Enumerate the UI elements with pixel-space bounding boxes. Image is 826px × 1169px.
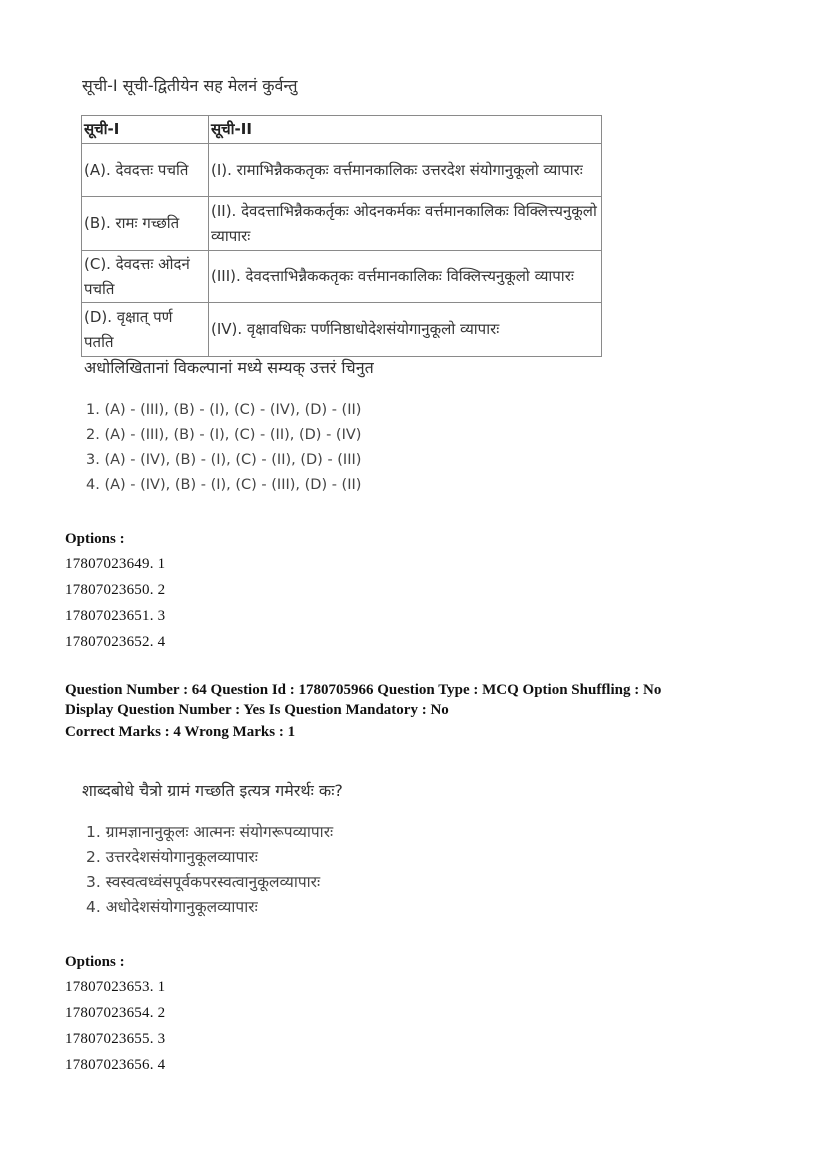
- answer-choice: 1. ग्रामज्ञानानुकूलः आत्मनः संयोगरूपव्या…: [86, 820, 333, 845]
- list-1-item: (D). वृक्षात् पर्ण पतति: [82, 303, 209, 357]
- list-2-item: (I). रामाभिन्नैककतृकः वर्त्तमानकालिकः उत…: [209, 144, 602, 197]
- table-header-row: सूची-I सूची-II: [82, 116, 602, 144]
- table-row: (B). रामः गच्छति (II). देवदत्ताभिन्नैककर…: [82, 197, 602, 251]
- answer-choice: 3. स्वस्वत्वध्वंसपूर्वकपरस्वत्वानुकूलव्य…: [86, 870, 333, 895]
- options-block: Options : 17807023653. 1 17807023654. 2 …: [65, 950, 165, 1078]
- list-2-item: (II). देवदत्ताभिन्नैककर्तृकः ओदनकर्मकः व…: [209, 197, 602, 251]
- question-meta-line: Display Question Number : Yes Is Questio…: [65, 700, 661, 720]
- option-id: 17807023655. 3: [65, 1026, 165, 1052]
- question-meta-line: Question Number : 64 Question Id : 17807…: [65, 680, 661, 700]
- marks-line: Correct Marks : 4 Wrong Marks : 1: [65, 722, 661, 742]
- choose-prompt: अधोलिखितानां विकल्पानां मध्ये सम्यक् उत्…: [84, 356, 374, 378]
- table-row: (C). देवदत्तः ओदनं पचति (III). देवदत्ताभ…: [82, 251, 602, 303]
- list-2-header: सूची-II: [209, 116, 602, 144]
- option-id: 17807023653. 1: [65, 974, 165, 1000]
- option-id: 17807023651. 3: [65, 603, 165, 629]
- match-table: सूची-I सूची-II (A). देवदत्तः पचति (I). र…: [81, 115, 602, 357]
- table-row: (A). देवदत्तः पचति (I). रामाभिन्नैककतृकः…: [82, 144, 602, 197]
- table-row: (D). वृक्षात् पर्ण पतति (IV). वृक्षावधिक…: [82, 303, 602, 357]
- option-id: 17807023654. 2: [65, 1000, 165, 1026]
- question-text: शाब्दबोधे चैत्रो ग्रामं गच्छति इत्यत्र ग…: [82, 779, 343, 801]
- answer-choice: 2. उत्तरदेशसंयोगानुकूलव्यापारः: [86, 845, 333, 870]
- answer-choices: 1. (A) - (III), (B) - (I), (C) - (IV), (…: [86, 398, 361, 498]
- options-title: Options :: [65, 527, 165, 551]
- option-id: 17807023649. 1: [65, 551, 165, 577]
- answer-choices: 1. ग्रामज्ञानानुकूलः आत्मनः संयोगरूपव्या…: [86, 820, 333, 920]
- options-block: Options : 17807023649. 1 17807023650. 2 …: [65, 527, 165, 655]
- list-1-item: (B). रामः गच्छति: [82, 197, 209, 251]
- option-id: 17807023650. 2: [65, 577, 165, 603]
- list-1-item: (C). देवदत्तः ओदनं पचति: [82, 251, 209, 303]
- answer-choice: 2. (A) - (III), (B) - (I), (C) - (II), (…: [86, 423, 361, 448]
- answer-choice: 4. अधोदेशसंयोगानुकूलव्यापारः: [86, 895, 333, 920]
- question-meta: Question Number : 64 Question Id : 17807…: [65, 680, 661, 742]
- options-title: Options :: [65, 950, 165, 974]
- list-2-item: (III). देवदत्ताभिन्नैककतृकः वर्त्तमानकाल…: [209, 251, 602, 303]
- list-1-header: सूची-I: [82, 116, 209, 144]
- option-id: 17807023652. 4: [65, 629, 165, 655]
- option-id: 17807023656. 4: [65, 1052, 165, 1078]
- answer-choice: 1. (A) - (III), (B) - (I), (C) - (IV), (…: [86, 398, 361, 423]
- answer-choice: 3. (A) - (IV), (B) - (I), (C) - (II), (D…: [86, 448, 361, 473]
- match-instruction: सूची-I सूची-द्वितीयेन सह मेलनं कुर्वन्तु: [82, 74, 297, 96]
- list-2-item: (IV). वृक्षावधिकः पर्णनिष्ठाधोदेशसंयोगान…: [209, 303, 602, 357]
- answer-choice: 4. (A) - (IV), (B) - (I), (C) - (III), (…: [86, 473, 361, 498]
- list-1-item: (A). देवदत्तः पचति: [82, 144, 209, 197]
